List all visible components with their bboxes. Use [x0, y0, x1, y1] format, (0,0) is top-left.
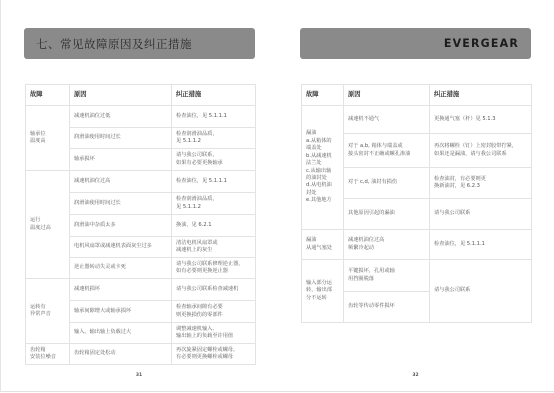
page-bottom-edge — [0, 391, 554, 392]
fix-cell: 检查润滑油品质，见 5.1.1.2 — [172, 128, 256, 149]
fix-cell: 检查轴承间隙有必要则更换损伤的零部件 — [172, 301, 256, 323]
fix-cell: 检查油位，见 5.1.1.1 — [172, 106, 256, 128]
cause-cell: 平键损坏，孔用或轴用挡圈脱落 — [344, 260, 430, 292]
cause-cell: 电机风扇罩或减速机表面灰尘过多 — [70, 237, 172, 258]
cause-cell: 减速机损坏 — [70, 279, 172, 301]
fix-cell: 更换通气塞（杆）见 5.1.3 — [430, 106, 532, 134]
fix-cell: 请与我公司联系检查减速机 — [172, 279, 256, 301]
column-header-cause: 原因 — [70, 85, 172, 106]
fix-cell: 检查油位，见 5.1.1.1 — [430, 230, 532, 260]
table-header-row: 故障 原因 纠正措施 — [26, 85, 256, 106]
column-header-fix: 纠正措施 — [172, 85, 256, 106]
document-spread: 七、常见故障原因及纠正措施 故障 原因 纠正措施 轴承位 温度高 减速机油位过 — [0, 0, 554, 393]
table-row: 漏油 从通气塞处 减速机油位过高频繁冷起动 检查油位，见 5.1.1.1 — [302, 230, 532, 260]
cause-cell: 润滑油使用时间过长 — [70, 193, 172, 215]
column-header-fix: 纠正措施 — [430, 85, 532, 106]
table-row: 运转有 异常声音 减速机损坏 请与我公司联系检查减速机 — [26, 279, 256, 301]
cause-cell: 对于 c,d, 油封有损伤 — [344, 168, 430, 199]
brand-logo: EVERGEAR — [444, 37, 519, 51]
fix-cell: 换油，见 6.2.1 — [172, 215, 256, 237]
cause-cell: 润滑油使用时间过长 — [70, 128, 172, 149]
cause-cell: 轴承损坏 — [70, 149, 172, 171]
troubleshooting-table-right: 故障 原因 纠正措施 漏油 a.从箱体的 端盖处 b.从减速机 法兰处 c.从输… — [301, 84, 532, 323]
fix-cell: 再次将螺栓（钉）上密封胶带拧紧，如果还是漏油，请与我公司联系 — [430, 134, 532, 168]
fault-cell: 漏油 a.从箱体的 端盖处 b.从减速机 法兰处 c.从输出轴 的油封处 d.从… — [302, 106, 344, 230]
troubleshooting-table-left: 故障 原因 纠正措施 轴承位 温度高 减速机油位过低 检查油位，见 5.1.1.… — [25, 84, 256, 365]
fix-cell: 检查油位，见 5.1.1.1 — [172, 171, 256, 193]
cause-cell: 润滑油中杂质太多 — [70, 215, 172, 237]
page-number: 31 — [1, 373, 277, 378]
fix-cell: 检查油封，有必要则更换新油封，见 6.2.3 — [430, 168, 532, 199]
fault-cell: 运行 温度过高 — [26, 171, 70, 279]
column-header-fault: 故障 — [302, 85, 344, 106]
fix-cell: 请与我公司联系，如果有必要更换轴承 — [172, 149, 256, 171]
fix-cell: 检查润滑油品质，见 5.1.1.2 — [172, 193, 256, 215]
table-header-row: 故障 原因 纠正措施 — [302, 85, 532, 106]
section-title: 七、常见故障原因及纠正措施 — [36, 36, 192, 52]
table-row: 漏油 a.从箱体的 端盖处 b.从减速机 法兰处 c.从输出轴 的油封处 d.从… — [302, 106, 532, 134]
fault-cell: 齿轮箱 安装位噪音 — [26, 344, 70, 365]
fix-cell: 再次旋紧固定螺栓或螺母，有必要则更换螺栓或螺母 — [172, 344, 256, 365]
brand-banner: EVERGEAR — [300, 28, 531, 59]
fault-cell: 运转有 异常声音 — [26, 279, 70, 344]
page-31: 七、常见故障原因及纠正措施 故障 原因 纠正措施 轴承位 温度高 减速机油位过 — [0, 0, 277, 391]
page-number: 32 — [277, 373, 554, 378]
cause-cell: 其他原因引起的漏油 — [344, 199, 430, 230]
cause-cell: 减速机不通气 — [344, 106, 430, 134]
cause-cell: 减速机油位过低 — [70, 106, 172, 128]
fault-cell: 输入部分运 转，输出部 分不运转 — [302, 260, 344, 323]
cause-cell: 轴承间隙增大或轴承损坏 — [70, 301, 172, 323]
fix-cell: 清洁电机风扇罩或减速机上的灰尘 — [172, 237, 256, 258]
page-32: EVERGEAR 故障 原因 纠正措施 漏油 a.从箱体的 端盖处 b. — [277, 0, 554, 391]
fix-cell: 调整减速机输入、输出轴上的负载至许用值 — [172, 323, 256, 344]
cause-cell: 齿轮箱固定处松动 — [70, 344, 172, 365]
fault-cell: 轴承位 温度高 — [26, 106, 70, 171]
table-row: 输入部分运 转，输出部 分不运转 平键损坏，孔用或轴用挡圈脱落 请与我公司联系 — [302, 260, 532, 292]
fix-cell: 请与我公司联系 — [430, 260, 532, 323]
column-header-cause: 原因 — [344, 85, 430, 106]
cause-cell: 对于 a,b, 箱体与端盖或接头密封不正确或螺孔渗油 — [344, 134, 430, 168]
section-banner: 七、常见故障原因及纠正措施 — [24, 28, 255, 59]
cause-cell: 输入、输出轴上负载过大 — [70, 323, 172, 344]
fix-cell: 请与我公司联系修理逆止器，如有必要则更换逆止器 — [172, 258, 256, 279]
cause-cell: 逆止器转动失灵或卡死 — [70, 258, 172, 279]
table-row: 齿轮箱 安装位噪音 齿轮箱固定处松动 再次旋紧固定螺栓或螺母，有必要则更换螺栓或… — [26, 344, 256, 365]
column-header-fault: 故障 — [26, 85, 70, 106]
cause-cell: 减速机油位过高频繁冷起动 — [344, 230, 430, 260]
cause-cell: 齿轮等传动零件损坏 — [344, 292, 430, 323]
table-row: 轴承位 温度高 减速机油位过低 检查油位，见 5.1.1.1 — [26, 106, 256, 128]
fix-cell: 请与我公司联系 — [430, 199, 532, 230]
fault-cell: 漏油 从通气塞处 — [302, 230, 344, 260]
table-row: 运行 温度过高 减速机油位过高 检查油位，见 5.1.1.1 — [26, 171, 256, 193]
cause-cell: 减速机油位过高 — [70, 171, 172, 193]
